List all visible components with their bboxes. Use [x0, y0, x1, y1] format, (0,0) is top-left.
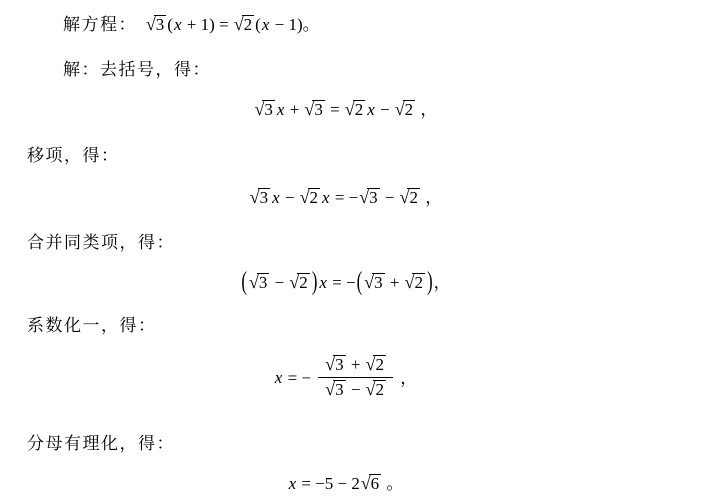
radical: √3: [255, 97, 275, 123]
radicand: 2: [373, 380, 386, 399]
math-variable: x: [274, 368, 284, 387]
equation-fraction: x = − √3 + √2√3 − √2 ，: [0, 355, 721, 404]
radical: √2: [400, 185, 420, 211]
math-text: −: [347, 380, 365, 399]
radicand: 2: [373, 355, 386, 374]
math-text: ，: [396, 368, 417, 387]
radical: √2: [395, 97, 415, 123]
math-text: ，: [421, 188, 442, 207]
equation-result: x = −5 − 2√6 。: [0, 471, 721, 497]
math-text: +: [285, 100, 303, 119]
right-paren: ): [426, 262, 434, 302]
radicand: 2: [308, 188, 321, 207]
radicand: 3: [312, 100, 325, 119]
equation-moved-terms: √3x − √2x = −√3 − √2 ，: [0, 185, 721, 211]
math-text: +: [347, 355, 365, 374]
radicand: 2: [407, 188, 420, 207]
math-variable: x: [261, 15, 271, 34]
radical: √2: [300, 185, 320, 211]
step1-label-text: 解：去括号，得：: [63, 60, 211, 79]
step-label-combine-like-terms: 合并同类项，得：: [27, 230, 721, 256]
left-paren: (: [240, 262, 248, 302]
radical: √3: [249, 270, 269, 296]
math-text: −: [376, 100, 394, 119]
left-paren: (: [356, 262, 364, 302]
step-label-remove-brackets: 解：去括号，得：: [63, 57, 721, 83]
problem-label: 解方程：: [63, 15, 137, 34]
math-text: + 1) =: [183, 15, 233, 34]
math-variable: x: [271, 188, 281, 207]
math-text: −: [270, 273, 288, 292]
radical: √2: [405, 270, 425, 296]
radicand: 2: [353, 100, 366, 119]
radicand: 3: [367, 188, 380, 207]
radical: √3: [146, 12, 166, 38]
math-variable: x: [276, 100, 286, 119]
math-text: −: [381, 188, 399, 207]
radical: √3: [359, 185, 379, 211]
radicand: 3: [333, 355, 346, 374]
math-text: − 1): [270, 15, 302, 34]
problem-statement: 解方程：√3(x + 1) = √2(x − 1)。: [63, 12, 721, 38]
radicand: 3: [333, 380, 346, 399]
radical: √2: [345, 97, 365, 123]
radical: √2: [234, 12, 254, 38]
math-text: = −: [283, 368, 315, 387]
radicand: 2: [242, 15, 255, 34]
step-label-move-terms: 移项，得：: [27, 143, 721, 169]
radical: √3: [325, 379, 345, 400]
math-text: ，: [416, 100, 437, 119]
right-paren: ): [311, 262, 319, 302]
math-text: = −: [331, 188, 359, 207]
math-text: = −: [328, 273, 356, 292]
math-text: −: [281, 188, 299, 207]
math-text: = −5 − 2: [297, 474, 360, 493]
radical: √2: [366, 354, 386, 375]
step2-label-text: 移项，得：: [27, 146, 120, 165]
radicand: 3: [262, 100, 275, 119]
math-text: ，: [434, 273, 451, 292]
radicand: 6: [369, 474, 382, 493]
math-variable: x: [288, 474, 298, 493]
math-text: 。: [303, 15, 320, 34]
step3-label-text: 合并同类项，得：: [27, 233, 175, 252]
math-variable: x: [366, 100, 376, 119]
step-label-normalize-coefficient: 系数化一，得：: [27, 313, 721, 339]
radical: √2: [289, 270, 309, 296]
fraction: √3 + √2√3 − √2: [318, 353, 393, 402]
problem-equation: √3(x + 1) = √2(x − 1)。: [145, 15, 320, 34]
radical: √3: [325, 354, 345, 375]
radicand: 2: [412, 273, 425, 292]
radical: √2: [366, 379, 386, 400]
math-text: 。: [382, 474, 403, 493]
math-text: (: [255, 15, 261, 34]
fraction-denominator: √3 − √2: [318, 378, 393, 402]
math-variable: x: [321, 188, 331, 207]
radicand: 3: [257, 273, 270, 292]
math-text: =: [326, 100, 344, 119]
radical: √3: [250, 185, 270, 211]
step4-label-text: 系数化一，得：: [27, 316, 157, 335]
math-variable: x: [318, 273, 328, 292]
radicand: 3: [258, 188, 271, 207]
document-page: 解方程：√3(x + 1) = √2(x − 1)。 解：去括号，得： √3x …: [0, 0, 721, 497]
fraction-numerator: √3 + √2: [318, 353, 393, 378]
radicand: 3: [372, 273, 385, 292]
radical: √6: [361, 471, 381, 497]
math-text: +: [386, 273, 404, 292]
radicand: 2: [297, 273, 310, 292]
step-label-rationalize-denominator: 分母有理化，得：: [27, 431, 721, 457]
math-variable: x: [173, 15, 183, 34]
radicand: 3: [154, 15, 167, 34]
radical: √3: [364, 270, 384, 296]
equation-expanded: √3x + √3 = √2x − √2 ，: [0, 97, 721, 123]
radicand: 2: [403, 100, 416, 119]
step5-label-text: 分母有理化，得：: [27, 434, 175, 453]
radical: √3: [305, 97, 325, 123]
equation-combined: (√3 − √2)x = −(√3 + √2)，: [0, 270, 721, 296]
